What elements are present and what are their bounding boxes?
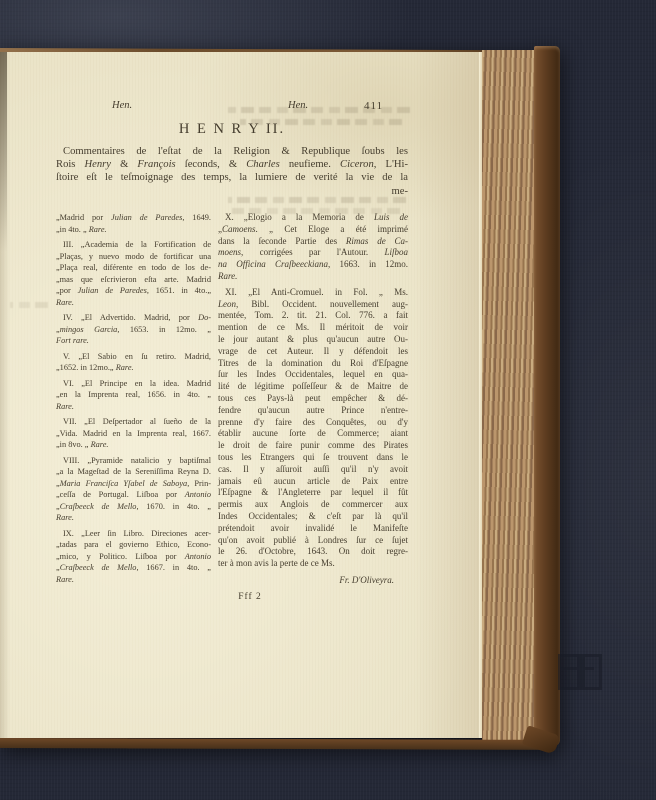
gathering-mark: Fff 2 — [200, 592, 300, 602]
text-line: „Plaças, y nuevo modo de fortificar una — [56, 251, 211, 263]
text-line: ſur les Indes Occidentales, lequel en qu… — [218, 369, 408, 381]
book-cover-right-edge — [534, 46, 560, 746]
printer-signature: Fr. D'Oliveyra. — [218, 575, 408, 587]
embossed-stamp-block — [558, 654, 580, 690]
text-line: vrage de cet Auteur. Il y défendoit les — [218, 346, 408, 358]
text-line: „Craſbeeck de Mello, 1670. in 4to. „ — [56, 501, 211, 513]
text-line: XI. „El Anti-Cromuel. in Fol. „ Ms. — [218, 287, 408, 299]
book-cover-bottom-edge — [0, 738, 552, 750]
text-line: le 26. d'Octobre, 1643. On doit regre- — [218, 546, 408, 558]
text-line: mentée, Tom. 2. tit. 21. Col. 776. a fai… — [218, 310, 408, 322]
embossed-stamp — [556, 650, 608, 692]
text-line: „tadas para el govierno Ethico, Econo- — [56, 539, 211, 551]
text-line: le jour autant & plus qu'aucun autre Ou- — [218, 334, 408, 346]
running-title-left: Hen. — [112, 100, 132, 111]
text-line: na Officina Craſbeeckiana, 1663. in 12mo… — [218, 259, 408, 271]
text-line: „mico, y Politico. Liſboa por Antonio — [56, 551, 211, 563]
intro-paragraph: Commentaires de l'eſtat de la Religion &… — [56, 145, 408, 198]
text-line: Rois Henry & François ſeconds, & Charles… — [56, 158, 408, 171]
bleed-through-text — [10, 302, 48, 308]
text-line: Rare. — [218, 271, 408, 283]
page-gutter-shadow — [0, 52, 7, 252]
embossed-stamp-block — [580, 654, 602, 690]
text-line: VI. „El Principe en la idea. Madrid — [56, 378, 211, 390]
text-line: moens, corrigées par l'Autour. Liſboa — [218, 247, 408, 259]
text-line: établir aucune ſorte de Commerce; aiant — [218, 428, 408, 440]
text-line: tous ces Pays-là peut empêcher & dé- — [218, 393, 408, 405]
text-line: Rare. — [56, 574, 211, 586]
text-line: III. „Academia de la Fortification de — [56, 239, 211, 251]
text-line: VIII. „Pyramide natalicio y baptiſmal — [56, 455, 211, 467]
text-line: Indes Occidentales; & c'eſt par là qu'il — [218, 511, 408, 523]
text-line: Leon, Bibl. Occident. nouvellement aug- — [218, 299, 408, 311]
running-title-center: Hen. — [288, 100, 308, 111]
text-line: lité de légitime poſſeſſeur & de Maitre … — [218, 381, 408, 393]
right-column: X. „Elogio a la Memoria de Luis de„Camoe… — [218, 212, 408, 587]
text-line: le droit de faire punir comme des Pirate… — [218, 440, 408, 452]
text-line: „ceſſa de Portugal. Liſboa por Antonio — [56, 489, 211, 501]
photo-background: Hen. Hen. 411 H E N R Y II. Commentaires… — [0, 0, 656, 800]
text-line: „1652. in 12mo.„ Rare. — [56, 362, 211, 374]
text-line: Rare. — [56, 401, 211, 413]
text-line: „Vida. Madrid en la Imprenta real, 1667. — [56, 428, 211, 440]
text-line: Rare. — [56, 512, 211, 524]
text-line: X. „Elogio a la Memoria de Luis de — [218, 212, 408, 224]
text-line: fendre qu'aucun autre Prince n'entre- — [218, 405, 408, 417]
text-line: prenne d'y faire des Conquêtes, ou d'y — [218, 417, 408, 429]
text-line: IV. „El Advertido. Madrid, por Do- — [56, 312, 211, 324]
text-line: „mas que eſcrivieron eſta arte. Madrid — [56, 274, 211, 286]
text-line: permis aux Anglois de commercer aux — [218, 499, 408, 511]
text-line: jamais eû aucun article de Paix entre — [218, 476, 408, 488]
left-column: „Madrid por Julian de Paredes, 1649.„in … — [56, 212, 211, 585]
text-line: tous les Etrangers qui ſe trouvent dans … — [218, 452, 408, 464]
text-line: Commentaires de l'eſtat de la Religion &… — [56, 145, 408, 158]
page-header: Hen. Hen. 411 — [0, 100, 482, 114]
text-line: „por Julian de Paredes, 1651. in 4to.„ — [56, 285, 211, 297]
text-line: ſtoire eſt le teſmoignage des temps, la … — [56, 171, 408, 184]
book-page: Hen. Hen. 411 H E N R Y II. Commentaires… — [0, 52, 482, 738]
page-number: 411 — [364, 100, 383, 112]
text-line: mention de ce Ms. Il méritoit de voir — [218, 322, 408, 334]
text-line: prétendoit avoir invalidé le Manifeſte — [218, 523, 408, 535]
text-line: „Craſbeeck de Mello, 1667. in 4to. „ — [56, 562, 211, 574]
fore-edge-page-stack — [482, 50, 534, 740]
text-line: qu'on avoit publié à Londres ſur ce ſuje… — [218, 535, 408, 547]
book: Hen. Hen. 411 H E N R Y II. Commentaires… — [0, 46, 560, 750]
text-line: cas. Il y aſſuroit auſſi qu'il n'y avoit — [218, 464, 408, 476]
text-line: V. „El Sabio en ſu retiro. Madrid, — [56, 351, 211, 363]
text-line: l'Eſpagne & l'Angleterre par lequel il f… — [218, 487, 408, 499]
text-line: „Plaça real, diférente en todo de los de… — [56, 262, 211, 274]
text-line: „en la Imprenta real, 1656. in 4to. „ — [56, 389, 211, 401]
text-line: IX. „Leer ſin Libro. Direciones acer- — [56, 528, 211, 540]
text-line: dans la ſeconde Partie des Rimas de Ca- — [218, 236, 408, 248]
text-line: „Camoens. „ Cet Eloge a été imprimé — [218, 224, 408, 236]
text-line: me- — [56, 185, 408, 198]
text-line: ter à mon avis la perte de ce Ms. — [218, 558, 408, 570]
text-line: „in 4to. „ Rare. — [56, 224, 211, 236]
text-line: „in 8vo. „ Rare. — [56, 439, 211, 451]
text-line: „Madrid por Julian de Paredes, 1649. — [56, 212, 211, 224]
text-line: Titres de la domination du Roi d'Eſpagne — [218, 358, 408, 370]
text-line: „mingos Garcia, 1653. in 12mo. „ — [56, 324, 211, 336]
text-line: „a la Mageſtad de la Sereniſſima Reyna D… — [56, 466, 211, 478]
text-line: Rare. — [56, 297, 211, 309]
text-line: Fort rare. — [56, 335, 211, 347]
embossed-stamp-bar — [558, 667, 594, 670]
text-line: „Maria Franciſca Yſabel de Saboya, Prin- — [56, 478, 211, 490]
text-line: VII. „El Deſpertador al ſueño de la — [56, 416, 211, 428]
section-title: H E N R Y II. — [56, 121, 408, 138]
bleed-through-text — [228, 197, 406, 203]
